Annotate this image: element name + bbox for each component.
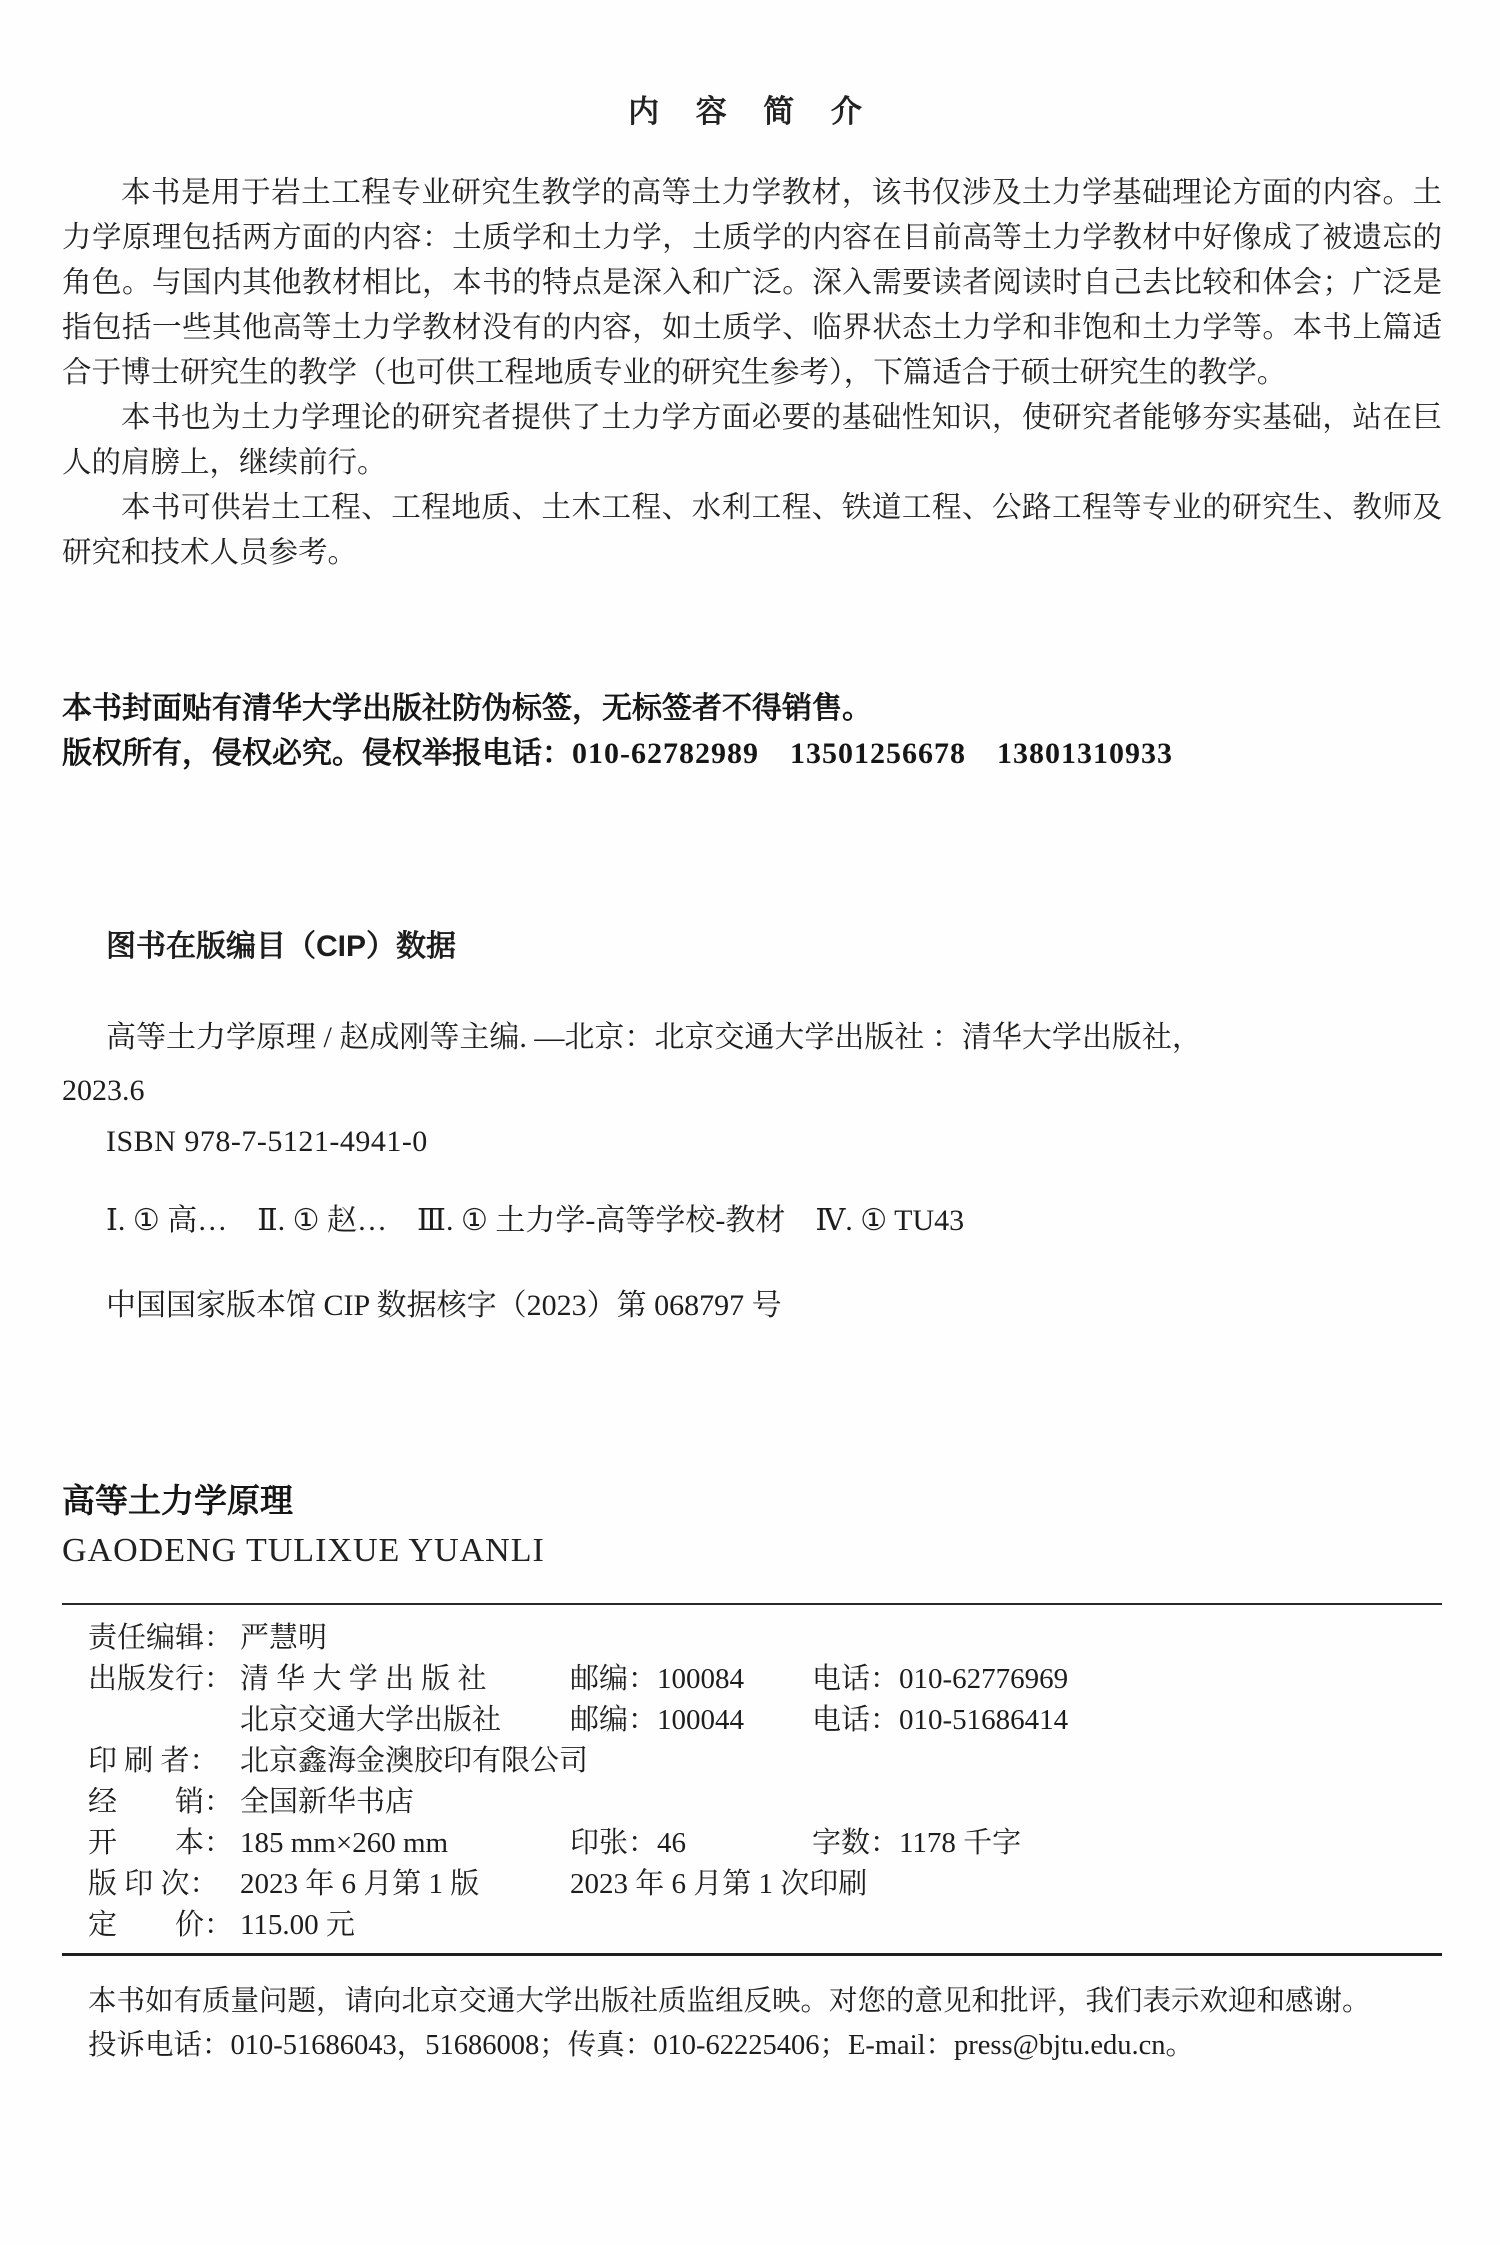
quality-feedback-notice: 本书如有质量问题，请向北京交通大学出版社质监组反映。对您的意见和批评，我们表示欢… xyxy=(88,1980,1442,2068)
pub-value xyxy=(812,1905,1442,1946)
pub-value: 清 华 大 学 出 版 社 xyxy=(240,1659,570,1700)
book-title-pinyin: GAODENG TULIXUE YUANLI xyxy=(62,1529,1442,1573)
cip-record-number: 中国国家版本馆 CIP 数据核字（2023）第 068797 号 xyxy=(106,1285,1442,1327)
pub-label: 定 价： xyxy=(88,1905,240,1946)
pub-row-publisher-1: 出版发行： 清 华 大 学 出 版 社 邮编：100084 电话：010-627… xyxy=(88,1659,1442,1700)
pub-value: 185 mm×260 mm xyxy=(240,1823,570,1864)
book-title-chinese: 高等土力学原理 xyxy=(62,1479,1442,1523)
pub-value xyxy=(830,1741,1442,1782)
pub-value xyxy=(588,1741,830,1782)
divider-bottom xyxy=(62,1953,1442,1956)
pub-row-publisher-2: 北京交通大学出版社 邮编：100044 电话：010-51686414 xyxy=(88,1700,1442,1741)
pub-label: 印 刷 者： xyxy=(88,1741,240,1782)
cip-data-block: 图书在版编目（CIP）数据 高等土力学原理 / 赵成刚等主编. —北京：北京交通… xyxy=(106,921,1442,1327)
pub-value xyxy=(867,1864,1442,1905)
pub-row-distributor: 经 销： 全国新华书店 xyxy=(88,1782,1442,1823)
intro-paragraph-2: 本书也为土力学理论的研究者提供了土力学方面必要的基础性知识，使研究者能够夯实基础… xyxy=(62,396,1442,486)
pub-value: 电话：010-51686414 xyxy=(812,1700,1442,1741)
pub-label: 出版发行： xyxy=(88,1659,240,1700)
pub-row-printer: 印 刷 者： 北京鑫海金澳胶印有限公司 xyxy=(88,1741,1442,1782)
pub-value: 严慧明 xyxy=(240,1618,570,1659)
pub-label: 开 本： xyxy=(88,1823,240,1864)
pub-row-format: 开 本： 185 mm×260 mm 印张：46 字数：1178 千字 xyxy=(88,1823,1442,1864)
pub-value: 电话：010-62776969 xyxy=(812,1659,1442,1700)
divider-top xyxy=(62,1603,1442,1605)
pub-value: 邮编：100084 xyxy=(570,1659,812,1700)
pub-value xyxy=(812,1618,1442,1659)
pub-row-editor: 责任编辑： 严慧明 xyxy=(88,1618,1442,1659)
copyright-line: 版权所有，侵权必究。侵权举报电话：010-62782989 1350125667… xyxy=(62,731,1442,776)
pub-row-price: 定 价： 115.00 元 xyxy=(88,1905,1442,1946)
pub-label: 责任编辑： xyxy=(88,1618,240,1659)
pub-value: 2023 年 6 月第 1 次印刷 xyxy=(570,1864,867,1905)
complaint-contact-line: 投诉电话：010-51686043，51686008；传真：010-622254… xyxy=(88,2024,1442,2068)
page-title: 内 容 简 介 xyxy=(62,0,1442,131)
pub-value: 北京鑫海金澳胶印有限公司 xyxy=(240,1741,588,1782)
pub-label xyxy=(88,1700,240,1741)
pub-value xyxy=(570,1618,812,1659)
pub-value: 2023 年 6 月第 1 版 xyxy=(240,1864,570,1905)
pub-value: 全国新华书店 xyxy=(240,1782,570,1823)
pub-value: 字数：1178 千字 xyxy=(812,1823,1442,1864)
anti-counterfeit-line: 本书封面贴有清华大学出版社防伪标签，无标签者不得销售。 xyxy=(62,686,1442,731)
pub-label: 版 印 次： xyxy=(88,1864,240,1905)
pub-value: 邮编：100044 xyxy=(570,1700,812,1741)
report-phone-numbers: 010-62782989 13501256678 13801310933 xyxy=(572,737,1173,770)
pub-value xyxy=(570,1782,812,1823)
cip-bibliographic-line: 高等土力学原理 / 赵成刚等主编. —北京：北京交通大学出版社 ：清华大学出版社… xyxy=(106,1017,1442,1059)
quality-notice-line: 本书如有质量问题，请向北京交通大学出版社质监组反映。对您的意见和批评，我们表示欢… xyxy=(88,1980,1442,2024)
cip-classification: Ⅰ. ① 高… Ⅱ. ① 赵… Ⅲ. ① 土力学-高等学校-教材 Ⅳ. ① TU… xyxy=(106,1200,1442,1242)
copyright-text: 版权所有，侵权必究。侵权举报电话： xyxy=(62,737,572,770)
isbn-number: ISBN 978-7-5121-4941-0 xyxy=(106,1121,1442,1163)
pub-value: 北京交通大学出版社 xyxy=(240,1700,570,1741)
content-introduction: 本书是用于岩土工程专业研究生教学的高等土力学教材，该书仅涉及土力学基础理论方面的… xyxy=(62,171,1442,576)
pub-value: 印张：46 xyxy=(570,1823,812,1864)
pub-label: 经 销： xyxy=(88,1782,240,1823)
publication-info: 责任编辑： 严慧明 出版发行： 清 华 大 学 出 版 社 邮编：100084 … xyxy=(88,1618,1442,1946)
cip-heading: 图书在版编目（CIP）数据 xyxy=(106,921,1442,965)
pub-value xyxy=(812,1782,1442,1823)
pub-value xyxy=(570,1905,812,1946)
intro-paragraph-3: 本书可供岩土工程、工程地质、土木工程、水利工程、铁道工程、公路工程等专业的研究生… xyxy=(62,486,1442,576)
intro-paragraph-1: 本书是用于岩土工程专业研究生教学的高等土力学教材，该书仅涉及土力学基础理论方面的… xyxy=(62,171,1442,396)
copyright-page: 内 容 简 介 本书是用于岩土工程专业研究生教学的高等土力学教材，该书仅涉及土力… xyxy=(0,0,1500,2245)
pub-row-edition: 版 印 次： 2023 年 6 月第 1 版 2023 年 6 月第 1 次印刷 xyxy=(88,1864,1442,1905)
anti-piracy-notice: 本书封面贴有清华大学出版社防伪标签，无标签者不得销售。 版权所有，侵权必究。侵权… xyxy=(62,686,1442,776)
cip-publication-date: 2023.6 xyxy=(62,1070,1442,1112)
book-title-block: 高等土力学原理 GAODENG TULIXUE YUANLI xyxy=(62,1479,1442,1573)
pub-value: 115.00 元 xyxy=(240,1905,570,1946)
